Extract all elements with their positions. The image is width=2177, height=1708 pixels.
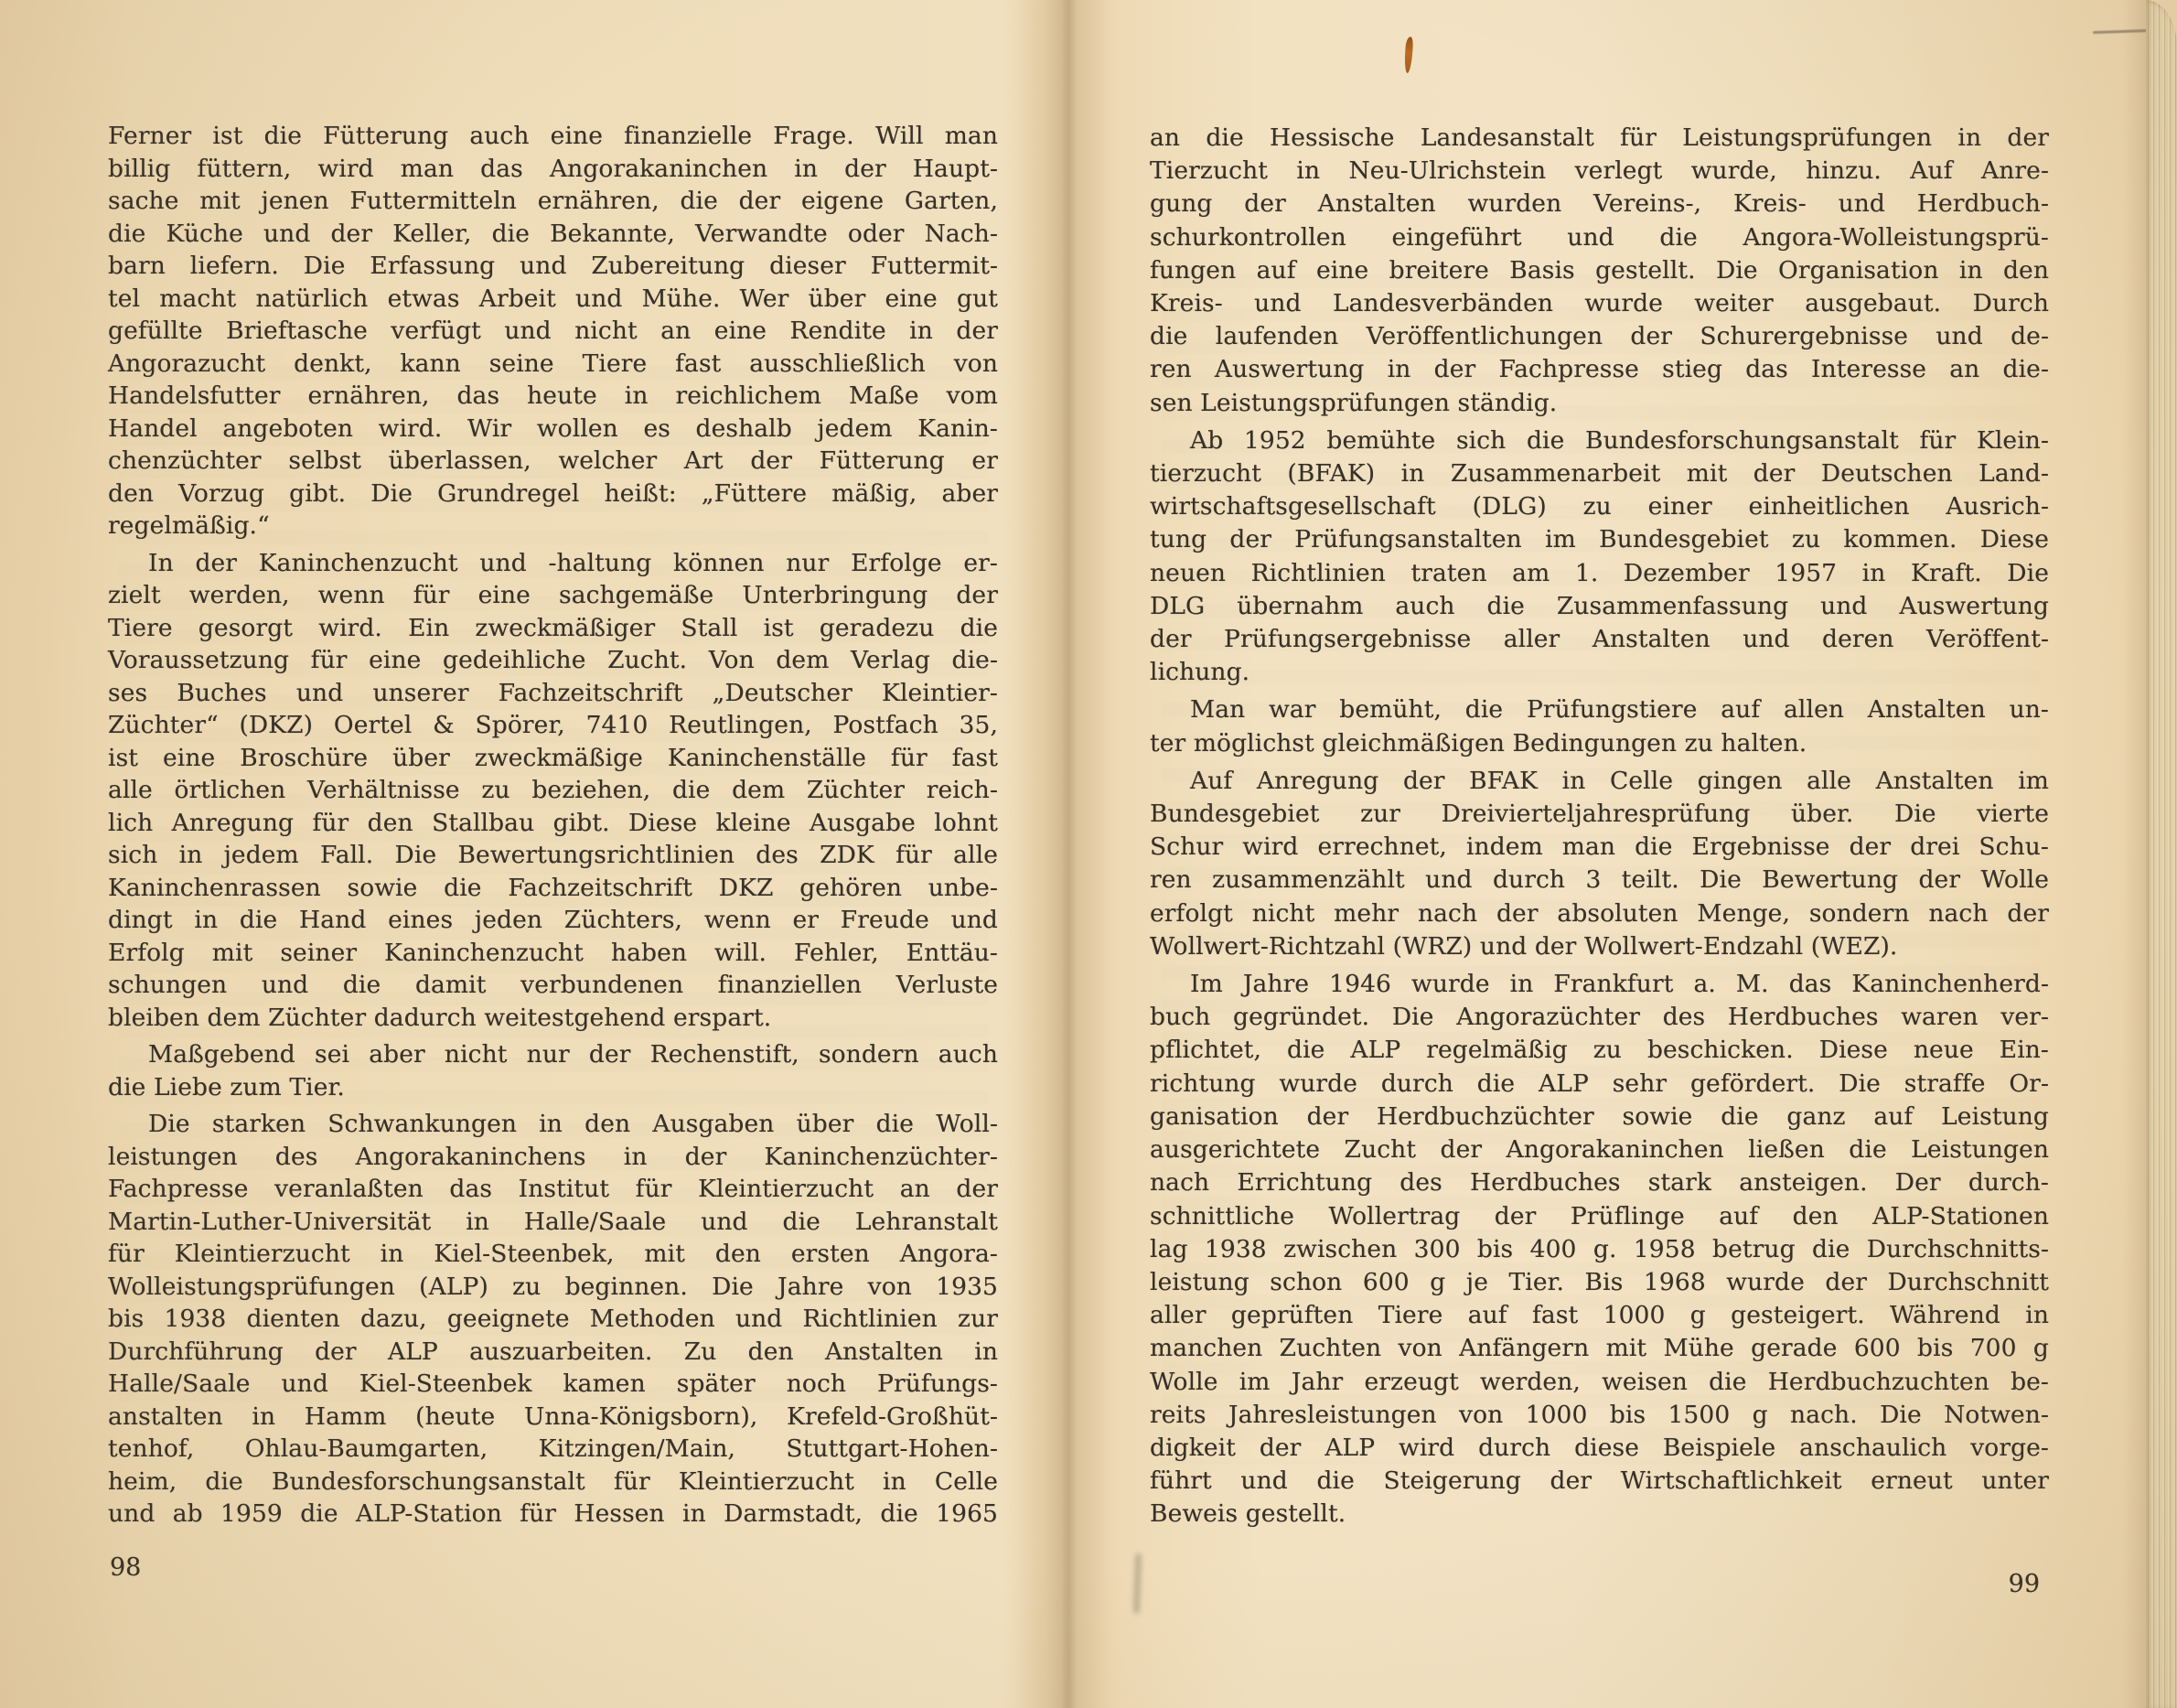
text-line: Handelsfutter ernähren, das heute in rei… bbox=[108, 380, 998, 413]
fore-edge-pages bbox=[2146, 0, 2177, 1708]
text-line: Die starken Schwankungen in den Ausgaben… bbox=[108, 1108, 998, 1141]
text-line: Bundesgebiet zur Dreivierteljahresprüfun… bbox=[1150, 798, 2049, 831]
text-line: an die Hessische Landesanstalt für Leist… bbox=[1150, 122, 2049, 155]
text-line: die laufenden Veröffentlichungen der Sch… bbox=[1150, 320, 2049, 353]
text-line: Wolleistungsprüfungen (ALP) zu beginnen.… bbox=[108, 1271, 998, 1304]
text-line: Kreis- und Landesverbänden wurde weiter … bbox=[1150, 287, 2049, 320]
text-line: alle örtlichen Verhältnisse zu beziehen,… bbox=[108, 774, 998, 807]
text-line: bis 1938 dienten dazu, geeignete Methode… bbox=[108, 1303, 998, 1336]
text-line: anstalten in Hamm (heute Unna-Königsborn… bbox=[108, 1401, 998, 1434]
text-line: Man war bemüht, die Prüfungstiere auf al… bbox=[1150, 693, 2049, 726]
text-line: Ab 1952 bemühte sich die Bundesforschung… bbox=[1150, 424, 2049, 457]
text-line: regelmäßig.“ bbox=[108, 510, 998, 542]
text-line: buch gegründet. Die Angorazüchter des He… bbox=[1150, 1001, 2049, 1034]
text-line: leistungen des Angorakaninchens in der K… bbox=[108, 1141, 998, 1174]
text-line: ganisation der Herdbuchzüchter sowie die… bbox=[1150, 1101, 2049, 1133]
text-line: ausgerichtete Zucht der Angorakaninchen … bbox=[1150, 1133, 2049, 1166]
text-line: Tierzucht in Neu-Ulrichstein verlegt wur… bbox=[1150, 155, 2049, 188]
text-line: bleiben dem Züchter dadurch weitestgehen… bbox=[108, 1002, 998, 1035]
text-line: dingt in die Hand eines jeden Züchters, … bbox=[108, 904, 998, 937]
text-line: pflichtet, die ALP regelmäßig zu beschic… bbox=[1150, 1034, 2049, 1067]
text-line: lichung. bbox=[1150, 656, 2049, 689]
text-line: sich in jedem Fall. Die Bewertungsrichtl… bbox=[108, 839, 998, 872]
left-page-text: Ferner ist die Fütterung auch eine finan… bbox=[108, 120, 998, 1531]
text-line: Auf Anregung der BFAK in Celle gingen al… bbox=[1150, 765, 2049, 798]
text-line: die Liebe zum Tier. bbox=[108, 1071, 998, 1104]
text-line: neuen Richtlinien traten am 1. Dezember … bbox=[1150, 557, 2049, 590]
text-line: tenhof, Ohlau-Baumgarten, Kitzingen/Main… bbox=[108, 1433, 998, 1466]
text-line: zielt werden, wenn für eine sachgemäße U… bbox=[108, 579, 998, 612]
text-line: In der Kaninchenzucht und -haltung könne… bbox=[108, 547, 998, 580]
text-line: sache mit jenen Futtermitteln ernähren, … bbox=[108, 185, 998, 218]
text-line: Handel angeboten wird. Wir wollen es des… bbox=[108, 413, 998, 446]
text-line: der Prüfungsergebnisse aller Anstalten u… bbox=[1150, 623, 2049, 656]
text-line: Züchter“ (DKZ) Oertel & Spörer, 7410 Reu… bbox=[108, 709, 998, 742]
paragraph: Auf Anregung der BFAK in Celle gingen al… bbox=[1150, 765, 2049, 963]
text-line: chenzüchter selbst überlassen, welcher A… bbox=[108, 445, 998, 478]
text-line: Fachpresse veranlaßten das Institut für … bbox=[108, 1173, 998, 1206]
paragraph: Ferner ist die Fütterung auch eine finan… bbox=[108, 120, 998, 542]
text-line: für Kleintierzucht in Kiel-Steenbek, mit… bbox=[108, 1238, 998, 1271]
book-scan: Ferner ist die Fütterung auch eine finan… bbox=[0, 0, 2177, 1708]
text-line: barn liefern. Die Erfassung und Zubereit… bbox=[108, 250, 998, 283]
text-line: den Vorzug gibt. Die Grundregel heißt: „… bbox=[108, 478, 998, 510]
text-line: schnittliche Wollertrag der Prüflinge au… bbox=[1150, 1200, 2049, 1233]
text-line: Kaninchenrassen sowie die Fachzeitschrif… bbox=[108, 872, 998, 905]
page-number-right: 99 bbox=[1930, 1570, 2040, 1598]
text-line: Halle/Saale und Kiel-Steenbek kamen spät… bbox=[108, 1368, 998, 1401]
text-line: lich Anregung für den Stallbau gibt. Die… bbox=[108, 807, 998, 840]
text-line: aller geprüften Tiere auf fast 1000 g ge… bbox=[1150, 1299, 2049, 1332]
text-line: Voraussetzung für eine gedeihliche Zucht… bbox=[108, 644, 998, 677]
text-line: digkeit der ALP wird durch diese Beispie… bbox=[1150, 1432, 2049, 1465]
paragraph: an die Hessische Landesanstalt für Leist… bbox=[1150, 122, 2049, 420]
text-line: lag 1938 zwischen 300 bis 400 g. 1958 be… bbox=[1150, 1233, 2049, 1266]
text-line: wirtschaftsgesellschaft (DLG) zu einer e… bbox=[1150, 490, 2049, 523]
text-line: ren Auswertung in der Fachpresse stieg d… bbox=[1150, 353, 2049, 386]
smudge-mark bbox=[1133, 1553, 1142, 1614]
text-line: billig füttern, wird man das Angorakanin… bbox=[108, 153, 998, 186]
paragraph: Maßgebend sei aber nicht nur der Rechens… bbox=[108, 1038, 998, 1103]
stain-mark bbox=[1404, 37, 1414, 73]
text-line: tel macht natürlich etwas Arbeit und Müh… bbox=[108, 283, 998, 316]
pencil-mark bbox=[2093, 29, 2148, 34]
page-number-left: 98 bbox=[110, 1553, 141, 1582]
paragraph: Ab 1952 bemühte sich die Bundesforschung… bbox=[1150, 424, 2049, 690]
paragraph: Im Jahre 1946 wurde in Frankfurt a. M. d… bbox=[1150, 968, 2049, 1531]
text-line: richtung wurde durch die ALP sehr geförd… bbox=[1150, 1068, 2049, 1101]
text-line: ist eine Broschüre über zweckmäßige Kani… bbox=[108, 742, 998, 775]
text-line: Wollwert-Richtzahl (WRZ) und der Wollwer… bbox=[1150, 930, 2049, 963]
text-line: tierzucht (BFAK) in Zusammenarbeit mit d… bbox=[1150, 457, 2049, 490]
text-line: Angorazucht denkt, kann seine Tiere fast… bbox=[108, 348, 998, 381]
text-line: Durchführung der ALP auszuarbeiten. Zu d… bbox=[108, 1336, 998, 1369]
right-page-text: an die Hessische Landesanstalt für Leist… bbox=[1150, 122, 2049, 1531]
text-line: manchen Zuchten von Anfängern mit Mühe g… bbox=[1150, 1332, 2049, 1365]
text-line: Beweis gestellt. bbox=[1150, 1498, 2049, 1531]
text-line: ter möglichst gleichmäßigen Bedingungen … bbox=[1150, 727, 2049, 760]
text-line: reits Jahresleistungen von 1000 bis 1500… bbox=[1150, 1399, 2049, 1432]
text-line: und ab 1959 die ALP-Station für Hessen i… bbox=[108, 1498, 998, 1531]
text-line: Erfolg mit seiner Kaninchenzucht haben w… bbox=[108, 937, 998, 970]
text-line: schungen und die damit verbundenen finan… bbox=[108, 969, 998, 1002]
text-line: fungen auf eine breitere Basis gestellt.… bbox=[1150, 254, 2049, 287]
text-line: Ferner ist die Fütterung auch eine finan… bbox=[108, 120, 998, 153]
text-line: leistung schon 600 g je Tier. Bis 1968 w… bbox=[1150, 1266, 2049, 1299]
text-line: gefüllte Brieftasche verfügt und nicht a… bbox=[108, 315, 998, 348]
text-line: heim, die Bundesforschungsanstalt für Kl… bbox=[108, 1466, 998, 1499]
text-line: Schur wird errechnet, indem man die Erge… bbox=[1150, 831, 2049, 864]
text-line: gung der Anstalten wurden Vereins-, Krei… bbox=[1150, 188, 2049, 220]
paragraph: Man war bemüht, die Prüfungstiere auf al… bbox=[1150, 693, 2049, 759]
gutter-shadow bbox=[1013, 0, 1123, 1708]
text-line: erfolgt nicht mehr nach der absoluten Me… bbox=[1150, 897, 2049, 930]
paragraph: Die starken Schwankungen in den Ausgaben… bbox=[108, 1108, 998, 1531]
text-line: die Küche und der Keller, die Bekannte, … bbox=[108, 218, 998, 251]
text-line: Tiere gesorgt wird. Ein zweckmäßiger Sta… bbox=[108, 612, 998, 645]
text-line: DLG übernahm auch die Zusammenfassung un… bbox=[1150, 590, 2049, 623]
text-line: Im Jahre 1946 wurde in Frankfurt a. M. d… bbox=[1150, 968, 2049, 1001]
text-line: ses Buches und unserer Fachzeitschrift „… bbox=[108, 677, 998, 710]
paragraph: In der Kaninchenzucht und -haltung könne… bbox=[108, 547, 998, 1035]
text-line: nach Errichtung des Herdbuches stark ans… bbox=[1150, 1166, 2049, 1199]
text-line: Wolle im Jahr erzeugt werden, weisen die… bbox=[1150, 1366, 2049, 1399]
text-line: schurkontrollen eingeführt und die Angor… bbox=[1150, 221, 2049, 254]
text-line: tung der Prüfungsanstalten im Bundesgebi… bbox=[1150, 523, 2049, 556]
text-line: Maßgebend sei aber nicht nur der Rechens… bbox=[108, 1038, 998, 1071]
text-line: ren zusammenzählt und durch 3 teilt. Die… bbox=[1150, 864, 2049, 897]
text-line: führt und die Steigerung der Wirtschaftl… bbox=[1150, 1465, 2049, 1498]
text-line: sen Leistungsprüfungen ständig. bbox=[1150, 387, 2049, 420]
text-line: Martin-Luther-Universität in Halle/Saale… bbox=[108, 1206, 998, 1239]
